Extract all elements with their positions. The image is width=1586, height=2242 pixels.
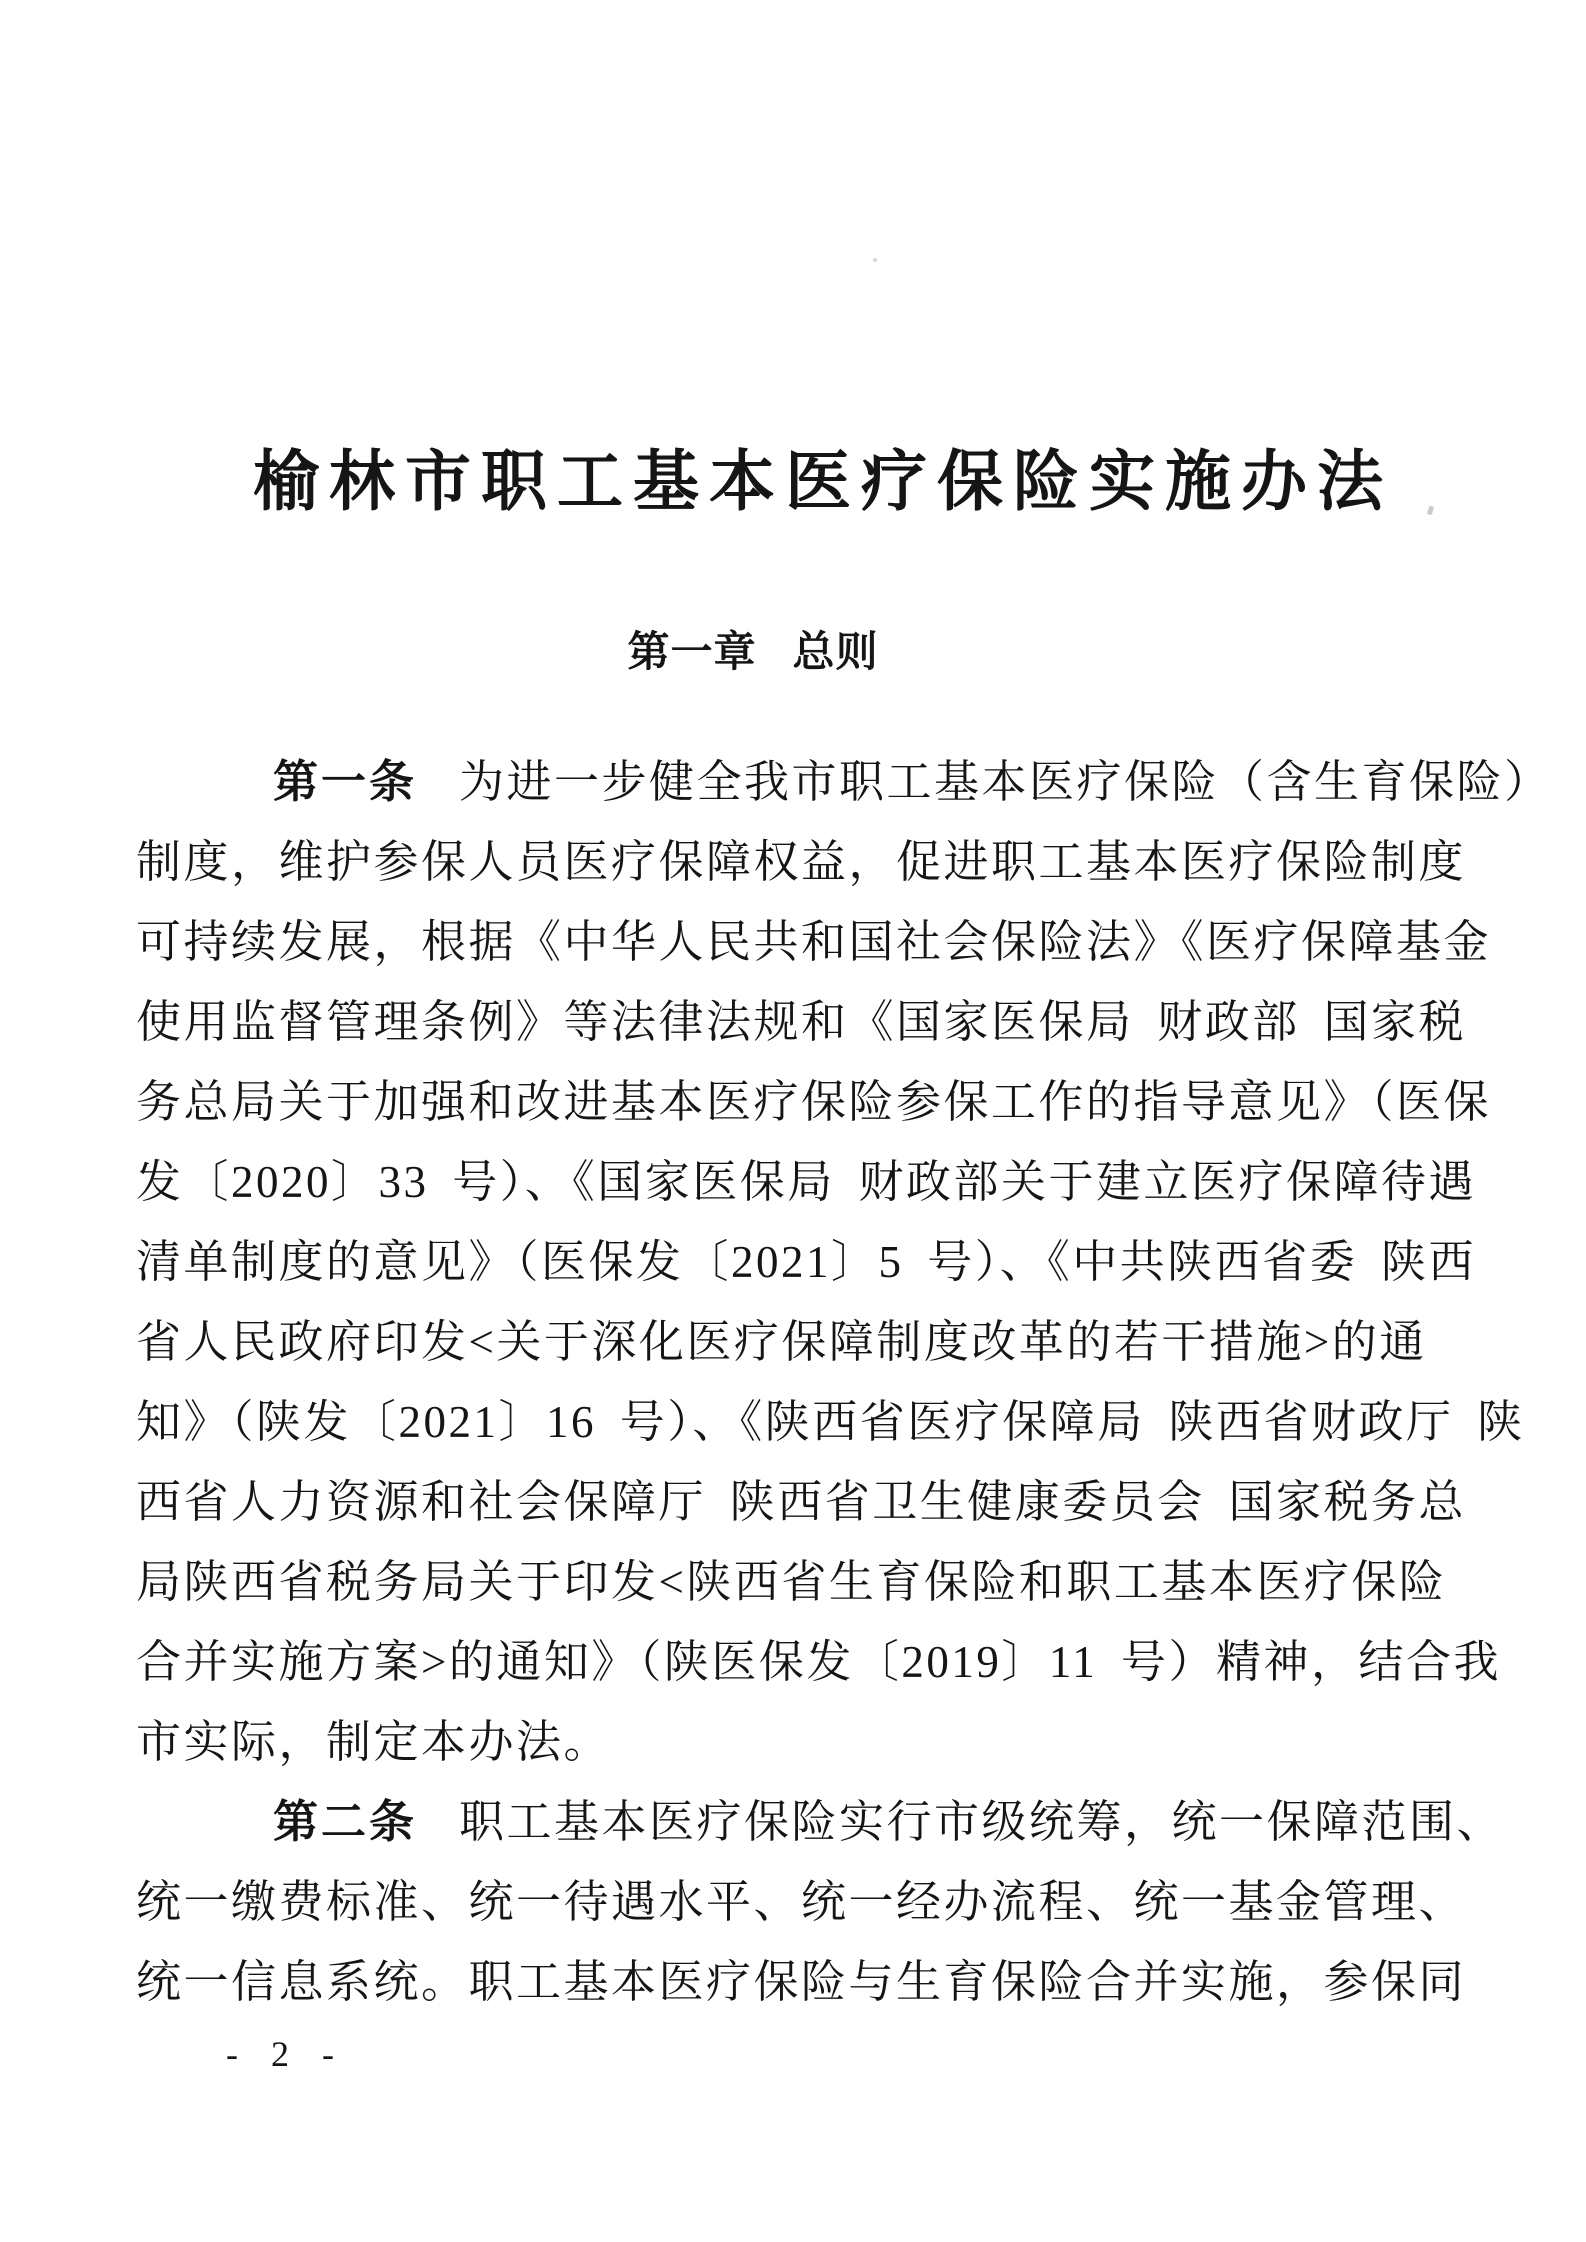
body-line-text: 职工基本医疗保险实行市级统筹，统一保障范围、 <box>459 1797 1504 1847</box>
body-line: 发〔2020〕33 号）、《国家医保局 财政部关于建立医疗保障待遇 <box>136 1142 1466 1222</box>
body-line-text: 市实际，制定本办法。 <box>136 1717 611 1767</box>
body-line: 第一条为进一步健全我市职工基本医疗保险（含生育保险） <box>136 742 1466 822</box>
body-line: 省人民政府印发<关于深化医疗保障制度改革的若干措施>的通 <box>136 1302 1466 1382</box>
document-title-text: 榆林市职工基本医疗保险实施办法 <box>253 444 1393 518</box>
body-line-text: 局陕西省税务局关于印发<陕西省生育保险和职工基本医疗保险 <box>136 1557 1446 1607</box>
body-line-text: 务总局关于加强和改进基本医疗保险参保工作的指导意见》（医保 <box>136 1077 1491 1127</box>
body-line-text: 省人民政府印发<关于深化医疗保障制度改革的若干措施>的通 <box>136 1317 1427 1367</box>
chapter-heading-inner: 第一章总则 <box>627 628 878 675</box>
body-line-text: 知》（陕发〔2021〕16 号）、《陕西省医疗保障局 陕西省财政厅 陕 <box>136 1397 1525 1447</box>
document-title: 榆林市职工基本医疗保险实施办法 <box>0 446 1586 516</box>
body-line: 统一信息系统。职工基本医疗保险与生育保险合并实施，参保同 <box>136 1942 1466 2022</box>
chapter-number: 第一章 <box>627 628 756 675</box>
body-line-text: 统一信息系统。职工基本医疗保险与生育保险合并实施，参保同 <box>136 1957 1466 2007</box>
document-body: 第一条为进一步健全我市职工基本医疗保险（含生育保险） 制度，维护参保人员医疗保障… <box>136 742 1466 2022</box>
body-line: 可持续发展，根据《中华人民共和国社会保险法》《医疗保障基金 <box>136 902 1466 982</box>
body-line-text: 为进一步健全我市职工基本医疗保险（含生育保险） <box>459 757 1552 807</box>
body-line: 制度，维护参保人员医疗保障权益，促进职工基本医疗保险制度 <box>136 822 1466 902</box>
body-line: 清单制度的意见》（医保发〔2021〕5 号）、《中共陕西省委 陕西 <box>136 1222 1466 1302</box>
body-line-text: 西省人力资源和社会保障厅 陕西省卫生健康委员会 国家税务总 <box>136 1477 1466 1527</box>
body-line: 西省人力资源和社会保障厅 陕西省卫生健康委员会 国家税务总 <box>136 1462 1466 1542</box>
chapter-heading: 第一章总则 <box>0 628 1586 676</box>
document-page: 榆林市职工基本医疗保险实施办法 第一章总则 第一条为进一步健全我市职工基本医疗保… <box>0 0 1586 2242</box>
body-line: 第二条职工基本医疗保险实行市级统筹，统一保障范围、 <box>136 1782 1466 1862</box>
body-line: 使用监督管理条例》等法律法规和《国家医保局 财政部 国家税 <box>136 982 1466 1062</box>
body-line: 合并实施方案>的通知》（陕医保发〔2019〕11 号）精神，结合我 <box>136 1622 1466 1702</box>
body-line: 统一缴费标准、统一待遇水平、统一经办流程、统一基金管理、 <box>136 1862 1466 1942</box>
chapter-name: 总则 <box>793 628 879 675</box>
article-number-lead: 第一条 <box>273 756 417 807</box>
body-line-text: 合并实施方案>的通知》（陕医保发〔2019〕11 号）精神，结合我 <box>136 1637 1501 1687</box>
body-line-text: 清单制度的意见》（医保发〔2021〕5 号）、《中共陕西省委 陕西 <box>136 1237 1476 1287</box>
body-line: 局陕西省税务局关于印发<陕西省生育保险和职工基本医疗保险 <box>136 1542 1466 1622</box>
body-line-text: 统一缴费标准、统一待遇水平、统一经办流程、统一基金管理、 <box>136 1877 1466 1927</box>
body-line: 市实际，制定本办法。 <box>136 1702 1466 1782</box>
body-line: 务总局关于加强和改进基本医疗保险参保工作的指导意见》（医保 <box>136 1062 1466 1142</box>
body-line-text: 发〔2020〕33 号）、《国家医保局 财政部关于建立医疗保障待遇 <box>136 1157 1476 1207</box>
scan-artifact <box>873 258 877 262</box>
article-number-lead: 第二条 <box>273 1796 417 1847</box>
body-line-text: 使用监督管理条例》等法律法规和《国家医保局 财政部 国家税 <box>136 997 1466 1047</box>
body-line-text: 可持续发展，根据《中华人民共和国社会保险法》《医疗保障基金 <box>136 917 1491 967</box>
body-line-text: 制度，维护参保人员医疗保障权益，促进职工基本医疗保险制度 <box>136 837 1466 887</box>
body-line: 知》（陕发〔2021〕16 号）、《陕西省医疗保障局 陕西省财政厅 陕 <box>136 1382 1466 1462</box>
page-number: - 2 - <box>226 2032 338 2076</box>
